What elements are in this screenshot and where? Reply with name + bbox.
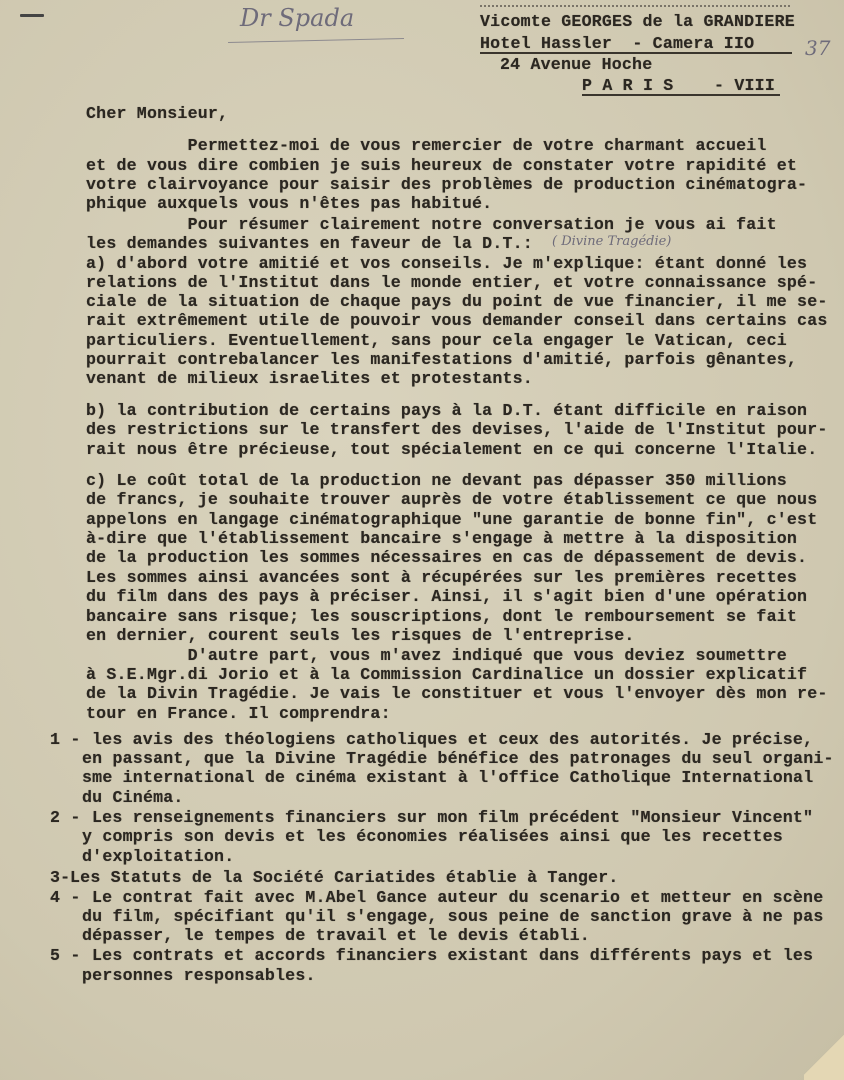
body-line: phique auxquels vous n'êtes pas habitué. (86, 194, 492, 213)
body-line: a) d'abord votre amitié et vos conseils.… (86, 254, 807, 273)
list-item-line: dépasser, le tempes de travail et le dev… (82, 926, 590, 945)
list-item-number: 1 - (50, 730, 80, 749)
body-line: tour en France. Il comprendra: (86, 704, 391, 723)
list-item-line: en passant, que la Divine Tragédie bénéf… (82, 749, 834, 768)
body-line: à-dire que l'établissement bancaire s'en… (86, 529, 797, 548)
body-line: bancaire sans risque; les souscriptions,… (86, 607, 797, 626)
body-line: de la Divin Tragédie. Je vais le constit… (86, 684, 828, 703)
body-line: en dernier, courent seuls les risques de… (86, 626, 635, 645)
list-item-line: personnes responsables. (82, 966, 316, 985)
handwritten-underline (228, 38, 404, 43)
body-line: ciale de la situation de chaque pays du … (86, 292, 828, 311)
list-item-line: d'exploitation. (82, 847, 234, 866)
list-item-number: 4 - (50, 888, 80, 907)
salutation: Cher Monsieur, (86, 104, 228, 123)
list-item-line: Les renseignements financiers sur mon fi… (92, 808, 813, 827)
body-line: relations de l'Institut dans le monde en… (86, 273, 817, 292)
body-line: Permettez-moi de vous remercier de votre… (86, 136, 767, 155)
letter-page: Dr Spada Vicomte GEORGES de la GRANDIERE… (0, 0, 844, 1080)
hotel-line: Hotel Hassler - Camera IIO (480, 34, 754, 53)
list-item-line: Le contrat fait avec M.Abel Gance auteur… (92, 888, 823, 907)
body-line: Les sommes ainsi avancées sont à récupér… (86, 568, 797, 587)
list-item-number: 3- (50, 868, 70, 887)
list-item-line: du film, spécifiant qu'il s'engage, sous… (82, 907, 824, 926)
body-line: pourrait contrebalancer les manifestatio… (86, 350, 797, 369)
body-line: c) Le coût total de la production ne dev… (86, 471, 787, 490)
sender-name: Vicomte GEORGES de la GRANDIERE (480, 12, 795, 31)
address-line: 24 Avenue Hoche (500, 55, 652, 74)
body-line: votre clairvoyance pour saisir des probl… (86, 175, 807, 194)
list-item-line: sme international de cinéma existant à l… (82, 768, 813, 787)
city-underline (582, 94, 780, 96)
list-item-line: Les contrats et accords financiers exist… (92, 946, 813, 965)
body-line: du film dans des pays à préciser. Ainsi,… (86, 587, 807, 606)
city-line: P A R I S - VIII (582, 76, 775, 95)
list-item-line: y compris son devis et les économies réa… (82, 827, 783, 846)
list-item-number: 5 - (50, 946, 80, 965)
body-line: les demandes suivantes en faveur de la D… (86, 234, 533, 253)
body-line: venant de milieux israelites et protesta… (86, 369, 533, 388)
handwritten-name: Dr Spada (240, 4, 354, 32)
handwritten-page-number: 37 (805, 36, 830, 60)
list-item-line: les avis des théologiens catholiques et … (92, 730, 813, 749)
body-line: appelons en langage cinématographique "u… (86, 510, 817, 529)
list-item-number: 2 - (50, 808, 80, 827)
body-line: des restrictions sur le transfert des de… (86, 420, 828, 439)
list-item-line: du Cinéma. (82, 788, 184, 807)
list-item-line: Les Statuts de la Société Cariatides éta… (70, 868, 619, 887)
body-line: Pour résumer clairement notre conversati… (86, 215, 777, 234)
body-line: de la production les sommes nécessaires … (86, 548, 807, 567)
body-line: et de vous dire combien je suis heureux … (86, 156, 797, 175)
handwritten-note: ( Divine Tragédie) (552, 234, 671, 249)
page-corner-fold (804, 1030, 844, 1080)
body-line: rait extrêmement utile de pouvoir vous d… (86, 311, 828, 330)
dotted-rule (480, 5, 790, 7)
body-line: de francs, je souhaite trouver auprès de… (86, 490, 817, 509)
body-line: D'autre part, vous m'avez indiqué que vo… (86, 646, 787, 665)
body-line: b) la contribution de certains pays à la… (86, 401, 807, 420)
body-line: rait nous être précieuse, tout spécialem… (86, 440, 817, 459)
body-line: à S.E.Mgr.di Jorio et à la Commission Ca… (86, 665, 807, 684)
left-margin-mark (20, 14, 44, 17)
hotel-underline (480, 52, 792, 54)
body-line: particuliers. Eventuellement, sans pour … (86, 331, 787, 350)
